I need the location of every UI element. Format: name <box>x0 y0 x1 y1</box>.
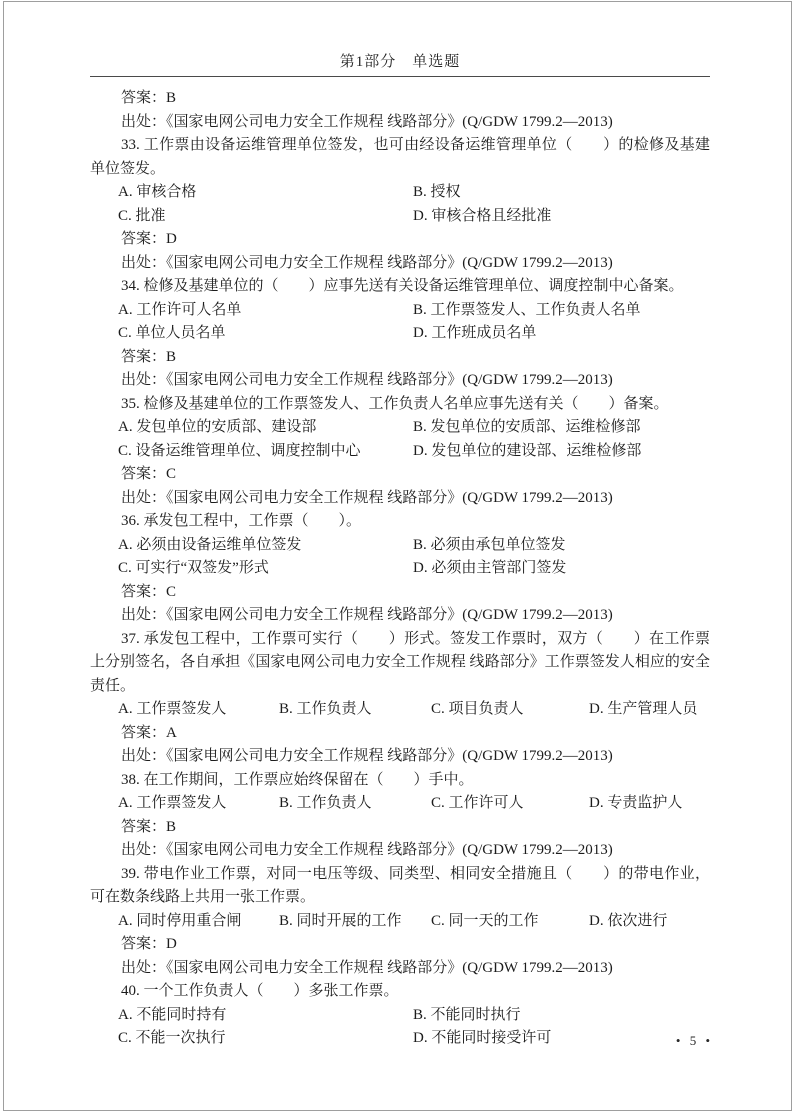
options-row-38: A. 工作票签发人 B. 工作负责人 C. 工作许可人 D. 专责监护人 <box>90 792 710 816</box>
options-row-34-cd: C. 单位人员名单 D. 工作班成员名单 <box>90 322 710 346</box>
option-34-d: D. 工作班成员名单 <box>413 322 710 346</box>
source-line-35: 出处：《国家电网公司电力安全工作规程 线路部分》(Q/GDW 1799.2—20… <box>90 487 710 511</box>
option-33-d: D. 审核合格且经批准 <box>413 205 710 229</box>
option-36-c: C. 可实行“双签发”形式 <box>118 557 413 581</box>
source-line-39: 出处：《国家电网公司电力安全工作规程 线路部分》(Q/GDW 1799.2—20… <box>90 957 710 981</box>
options-row-39: A. 同时停用重合闸 B. 同时开展的工作 C. 同一天的工作 D. 依次进行 <box>90 910 710 934</box>
option-36-b: B. 必须由承包单位签发 <box>413 534 710 558</box>
option-36-a: A. 必须由设备运维单位签发 <box>118 534 413 558</box>
option-33-c: C. 批准 <box>118 205 413 229</box>
answer-line-38: 答案：B <box>90 816 710 840</box>
header-rule <box>90 76 710 77</box>
question-stem-37: 37. 承发包工程中，工作票可实行（ ）形式。签发工作票时，双方（ ）在工作票上… <box>90 628 710 699</box>
source-line-33: 出处：《国家电网公司电力安全工作规程 线路部分》(Q/GDW 1799.2—20… <box>90 252 710 276</box>
options-row-33-cd: C. 批准 D. 审核合格且经批准 <box>90 205 710 229</box>
answer-line-32: 答案：B <box>90 87 710 111</box>
answer-line-34: 答案：B <box>90 346 710 370</box>
option-35-b: B. 发包单位的安质部、运维检修部 <box>413 416 710 440</box>
options-row-36-ab: A. 必须由设备运维单位签发 B. 必须由承包单位签发 <box>90 534 710 558</box>
options-row-34-ab: A. 工作许可人名单 B. 工作票签发人、工作负责人名单 <box>90 299 710 323</box>
source-line-32: 出处：《国家电网公司电力安全工作规程 线路部分》(Q/GDW 1799.2—20… <box>90 111 710 135</box>
question-stem-33: 33. 工作票由设备运维管理单位签发，也可由经设备运维管理单位（ ）的检修及基建… <box>90 134 710 181</box>
option-34-b: B. 工作票签发人、工作负责人名单 <box>413 299 710 323</box>
option-34-c: C. 单位人员名单 <box>118 322 413 346</box>
options-row-35-cd: C. 设备运维管理单位、调度控制中心 D. 发包单位的建设部、运维检修部 <box>90 440 710 464</box>
option-33-a: A. 审核合格 <box>118 181 413 205</box>
options-row-33-ab: A. 审核合格 B. 授权 <box>90 181 710 205</box>
option-38-a: A. 工作票签发人 <box>118 792 279 816</box>
answer-line-36: 答案：C <box>90 581 710 605</box>
option-35-c: C. 设备运维管理单位、调度控制中心 <box>118 440 413 464</box>
source-line-38: 出处：《国家电网公司电力安全工作规程 线路部分》(Q/GDW 1799.2—20… <box>90 839 710 863</box>
option-37-d: D. 生产管理人员 <box>589 698 710 722</box>
source-line-34: 出处：《国家电网公司电力安全工作规程 线路部分》(Q/GDW 1799.2—20… <box>90 369 710 393</box>
question-stem-40: 40. 一个工作负责人（ ）多张工作票。 <box>90 980 710 1004</box>
option-38-d: D. 专责监护人 <box>589 792 710 816</box>
option-37-c: C. 项目负责人 <box>431 698 589 722</box>
answer-line-37: 答案：A <box>90 722 710 746</box>
option-38-c: C. 工作许可人 <box>431 792 589 816</box>
option-37-b: B. 工作负责人 <box>279 698 431 722</box>
question-stem-38: 38. 在工作期间，工作票应始终保留在（ ）手中。 <box>90 769 710 793</box>
content: 答案：B 出处：《国家电网公司电力安全工作规程 线路部分》(Q/GDW 1799… <box>90 87 710 1051</box>
options-row-36-cd: C. 可实行“双签发”形式 D. 必须由主管部门签发 <box>90 557 710 581</box>
answer-line-35: 答案：C <box>90 463 710 487</box>
option-39-b: B. 同时开展的工作 <box>279 910 431 934</box>
options-row-40-ab: A. 不能同时持有 B. 不能同时执行 <box>90 1004 710 1028</box>
option-37-a: A. 工作票签发人 <box>118 698 279 722</box>
option-39-d: D. 依次进行 <box>589 910 710 934</box>
source-line-37: 出处：《国家电网公司电力安全工作规程 线路部分》(Q/GDW 1799.2—20… <box>90 745 710 769</box>
source-line-36: 出处：《国家电网公司电力安全工作规程 线路部分》(Q/GDW 1799.2—20… <box>90 604 710 628</box>
answer-line-39: 答案：D <box>90 933 710 957</box>
option-39-a: A. 同时停用重合闸 <box>118 910 279 934</box>
question-stem-34: 34. 检修及基建单位的（ ）应事先送有关设备运维管理单位、调度控制中心备案。 <box>90 275 710 299</box>
option-38-b: B. 工作负责人 <box>279 792 431 816</box>
option-34-a: A. 工作许可人名单 <box>118 299 413 323</box>
answer-line-33: 答案：D <box>90 228 710 252</box>
option-39-c: C. 同一天的工作 <box>431 910 589 934</box>
option-40-b: B. 不能同时执行 <box>413 1004 710 1028</box>
option-33-b: B. 授权 <box>413 181 710 205</box>
question-stem-35: 35. 检修及基建单位的工作票签发人、工作负责人名单应事先送有关（ ）备案。 <box>90 393 710 417</box>
header-title: 第1部分 单选题 <box>0 50 800 71</box>
options-row-37: A. 工作票签发人 B. 工作负责人 C. 项目负责人 D. 生产管理人员 <box>90 698 710 722</box>
option-35-d: D. 发包单位的建设部、运维检修部 <box>413 440 710 464</box>
option-35-a: A. 发包单位的安质部、建设部 <box>118 416 413 440</box>
option-36-d: D. 必须由主管部门签发 <box>413 557 710 581</box>
page-number: • 5 • <box>676 1033 710 1048</box>
question-stem-39: 39. 带电作业工作票，对同一电压等级、同类型、相同安全措施且（ ）的带电作业，… <box>90 863 710 910</box>
question-stem-36: 36. 承发包工程中，工作票（ ）。 <box>90 510 710 534</box>
document-page: 第1部分 单选题 答案：B 出处：《国家电网公司电力安全工作规程 线路部分》(Q… <box>0 0 800 1114</box>
options-row-35-ab: A. 发包单位的安质部、建设部 B. 发包单位的安质部、运维检修部 <box>90 416 710 440</box>
page-footer: • 5 • <box>0 1033 710 1049</box>
option-40-a: A. 不能同时持有 <box>118 1004 413 1028</box>
